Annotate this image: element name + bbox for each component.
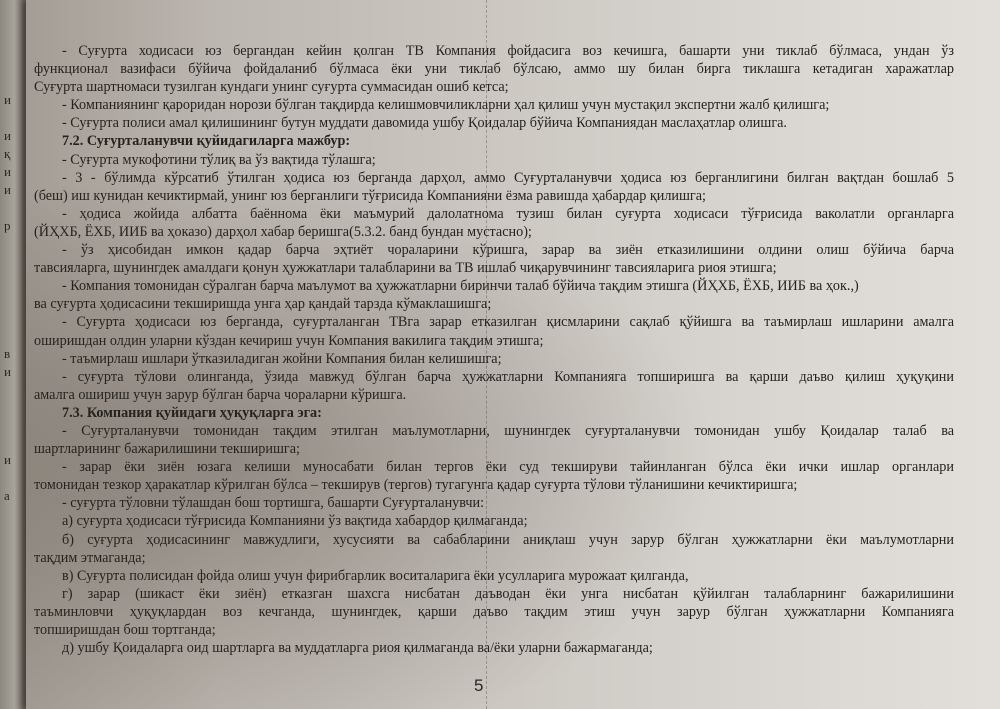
text-line: в) Суғурта полисидан фойда олиш учун фир… xyxy=(34,567,954,585)
text-line: тавсияларга, шунингдек амалдаги қонун ҳу… xyxy=(34,259,954,277)
text-line: ва суғурта ҳодисасини текширишда унга ҳа… xyxy=(34,295,954,313)
text-line: - Суғурталанувчи томонидан тақдим этилга… xyxy=(34,422,954,440)
text-line: топширишдан бош тортганда; xyxy=(34,621,954,639)
text-line: амалга ошириш учун зарур бўлган барча чо… xyxy=(34,386,954,404)
section-heading: 7.3. Компания қуйидаги ҳуқуқларга эга: xyxy=(34,404,954,422)
text-line: - таъмирлаш ишлари ўтказиладиган жойни К… xyxy=(34,350,954,368)
text-line: томонидан тезкор ҳаракатлар кўрилган бўл… xyxy=(34,476,954,494)
text-line: - суғурта тўловни тўлашдан бош тортишга,… xyxy=(34,494,954,512)
text-line: - ўз ҳисобидан имкон қадар барча эҳтиёт … xyxy=(34,241,954,259)
text-line: - ҳодиса жойида албатта баённома ёки маъ… xyxy=(34,205,954,223)
text-line: шартларининг бажарилишини текширишга; xyxy=(34,440,954,458)
document-body: - Суғурта ходисаси юз бергандан кейин қо… xyxy=(34,42,954,657)
text-line: - Суғурта ходисаси юз бергандан кейин қо… xyxy=(34,42,954,60)
text-line: - 3 - бўлимда кўрсатиб ўтилган ҳодиса юз… xyxy=(34,169,954,187)
page-number: 5 xyxy=(474,676,483,696)
margin-char: и xyxy=(4,92,11,108)
margin-char: и xyxy=(4,452,11,468)
margin-char: и xyxy=(4,364,11,380)
text-line: - Суғурта ҳодисаси юз берганда, суғуртал… xyxy=(34,313,954,331)
text-line: - зарар ёки зиён юзага келиши муносабати… xyxy=(34,458,954,476)
text-line: - Компаниянинг қароридан норози бўлган т… xyxy=(34,96,954,114)
text-line: таъминловчи ҳуқуқлардан воз кечганда, шу… xyxy=(34,603,954,621)
margin-char: р xyxy=(4,218,11,234)
margin-char: а xyxy=(4,488,10,504)
section-heading: 7.2. Суғурталанувчи қуйидагиларга мажбур… xyxy=(34,132,954,150)
text-line: - суғурта тўлови олинганда, ўзида мавжуд… xyxy=(34,368,954,386)
text-line: - Суғурта мукофотини тўлиқ ва ўз вақтида… xyxy=(34,151,954,169)
adjacent-page-edge: ииқиирвииа xyxy=(0,0,24,709)
text-line: тақдим этмаганда; xyxy=(34,549,954,567)
text-line: - Суғурта полиси амал қилишининг бутун м… xyxy=(34,114,954,132)
text-line: - Компания томонидан сўралган барча маъл… xyxy=(34,277,954,295)
margin-char: и xyxy=(4,164,11,180)
text-line: д) ушбу Қоидаларга оид шартларга ва мудд… xyxy=(34,639,954,657)
margin-char: и xyxy=(4,182,11,198)
document-page: - Суғурта ходисаси юз бергандан кейин қо… xyxy=(26,0,1000,709)
text-line: г) зарар (шикаст ёки зиён) етказган шахс… xyxy=(34,585,954,603)
margin-char: в xyxy=(4,346,10,362)
text-line: (ЙҲХБ, ЁХБ, ИИБ ва ҳоказо) дарҳол хабар … xyxy=(34,223,954,241)
margin-char: и xyxy=(4,128,11,144)
text-line: оширишдан олдин уларни кўздан кечириш уч… xyxy=(34,332,954,350)
margin-char: қ xyxy=(4,146,10,162)
text-line: Суғурта шартномаси тузилган кундаги унин… xyxy=(34,78,954,96)
text-line: функционал вазифаси бўйича фойдаланиб бў… xyxy=(34,60,954,78)
text-line: (беш) иш кунидан кечиктирмай, унинг юз б… xyxy=(34,187,954,205)
text-line: б) суғурта ҳодисасининг мавжудлиги, хусу… xyxy=(34,531,954,549)
text-line: а) суғурта ҳодисаси тўғрисида Компанияни… xyxy=(34,512,954,530)
